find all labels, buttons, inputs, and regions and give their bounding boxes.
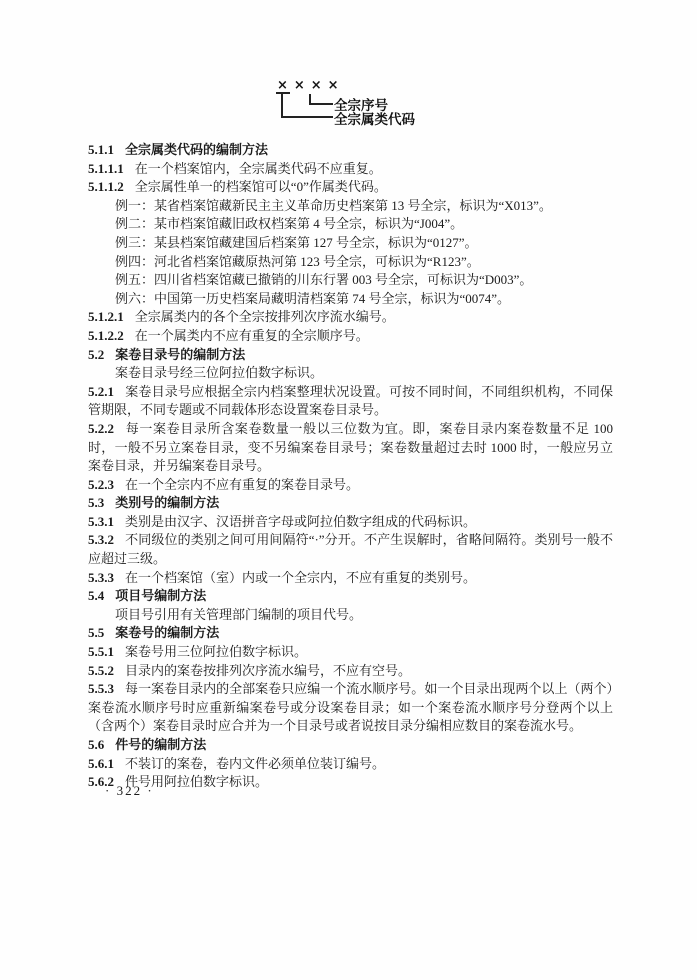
- clause-5.2.3: 5.2.3在一个全宗内不应有重复的案卷目录号。: [88, 476, 613, 495]
- clause-text: 每一案卷目录所含案卷数量一般以三位数为宜。即，案卷目录内案卷数量不足 100 时…: [88, 421, 613, 473]
- clause-text: 案卷号用三位阿拉伯数字标识。: [125, 644, 307, 659]
- clause-text: 不同级位的类别之间可用间隔符“·”分开。不产生误解时，省略间隔符。类别号一般不应…: [88, 532, 613, 566]
- clause-5.5.1: 5.5.1案卷号用三位阿拉伯数字标识。: [88, 643, 613, 662]
- clause-number: 5.6.1: [88, 756, 114, 771]
- clause-number: 5.5.2: [88, 663, 114, 678]
- clause-5.5.2: 5.5.2目录内的案卷按排列次序流水编号，不应有空号。: [88, 662, 613, 681]
- clause-5.1.1.2: 5.1.1.2全宗属性单一的档案馆可以“0”作属类代码。: [88, 178, 613, 197]
- clause-number: 5.2.1: [88, 384, 114, 399]
- clause-5.1.2.2: 5.1.2.2在一个属类内不应有重复的全宗顺序号。: [88, 327, 613, 346]
- clause-text: 全宗属类代码的编制方法: [125, 142, 268, 157]
- clause-text: 例四：河北省档案馆藏原热河第 123 号全宗，可标识为“R123”。: [115, 254, 480, 269]
- clause-5.1.2.1: 5.1.2.1全宗属类内的各个全宗按排列次序流水编号。: [88, 308, 613, 327]
- clause-text: 项目号引用有关管理部门编制的项目代号。: [115, 607, 362, 622]
- code-placeholder-symbols: ××××: [277, 78, 345, 93]
- clause-number: 5.2.3: [88, 477, 114, 492]
- paragraph: 例五：四川省档案馆藏已撤销的川东行署 003 号全宗，可标识为“D003”。: [88, 271, 613, 290]
- clause-text: 例三：某县档案馆藏建国后档案第 127 号全宗，标识为“0127”。: [115, 235, 478, 250]
- clause-number: 5.4: [88, 588, 104, 603]
- clause-5.6: 5.6件号的编制方法: [88, 736, 613, 755]
- clause-text: 在一个档案馆内，全宗属类代码不应重复。: [135, 161, 382, 176]
- clause-number: 5.5.3: [88, 681, 114, 696]
- clause-number: 5.5.1: [88, 644, 114, 659]
- clause-number: 5.3: [88, 495, 104, 510]
- paragraph: 例四：河北省档案馆藏原热河第 123 号全宗，可标识为“R123”。: [88, 253, 613, 272]
- paragraph: 项目号引用有关管理部门编制的项目代号。: [88, 606, 613, 625]
- clause-text: 全宗属类内的各个全宗按排列次序流水编号。: [135, 309, 395, 324]
- clause-text: 类别号的编制方法: [115, 495, 219, 510]
- clause-text: 案卷目录号的编制方法: [115, 347, 245, 362]
- paragraph: 案卷目录号经三位阿拉伯数字标识。: [88, 364, 613, 383]
- clause-5.6.1: 5.6.1不装订的案卷，卷内文件必须单位装订编号。: [88, 755, 613, 774]
- clause-text: 例五：四川省档案馆藏已撤销的川东行署 003 号全宗，可标识为“D003”。: [115, 272, 532, 287]
- clause-5.3.3: 5.3.3在一个档案馆（室）内或一个全宗内，不应有重复的类别号。: [88, 569, 613, 588]
- clause-number: 5.1.2.1: [88, 309, 124, 324]
- serial-connector-horizontal: [309, 103, 333, 105]
- clause-5.6.2: 5.6.2件号用阿拉伯数字标识。: [88, 773, 613, 792]
- clause-5.2.1: 5.2.1案卷目录号应根据全宗内档案整理状况设置。可按不同时间，不同组织机构，不…: [88, 383, 613, 420]
- fonds-code-diagram: ×××× 全宗序号 全宗属类代码: [0, 0, 697, 140]
- clause-text: 类别是由汉字、汉语拼音字母或阿拉伯数字组成的代码标识。: [125, 514, 476, 529]
- clause-text: 案卷目录号应根据全宗内档案整理状况设置。可按不同时间，不同组织机构，不同保管期限…: [88, 384, 613, 418]
- page-number: · 322 ·: [105, 783, 154, 799]
- clause-number: 5.2: [88, 347, 104, 362]
- clause-text: 全宗属性单一的档案馆可以“0”作属类代码。: [135, 179, 387, 194]
- clause-number: 5.1.1.1: [88, 161, 124, 176]
- document-page: ×××× 全宗序号 全宗属类代码 5.1.1全宗属类代码的编制方法5.1.1.1…: [0, 0, 697, 980]
- clause-text: 每一案卷目录内的全部案卷只应编一个流水顺序号。如一个目录出现两个以上（两个）案卷…: [88, 681, 613, 733]
- clause-text: 件号的编制方法: [115, 737, 206, 752]
- clause-5.3.1: 5.3.1类别是由汉字、汉语拼音字母或阿拉伯数字组成的代码标识。: [88, 513, 613, 532]
- clause-5.5: 5.5案卷号的编制方法: [88, 624, 613, 643]
- clause-number: 5.3.3: [88, 570, 114, 585]
- paragraph: 例六：中国第一历史档案局藏明清档案第 74 号全宗，标识为“0074”。: [88, 290, 613, 309]
- category-connector-vertical: [281, 93, 283, 117]
- clause-number: 5.3.2: [88, 532, 114, 547]
- clause-number: 5.3.1: [88, 514, 114, 529]
- clause-number: 5.1.1.2: [88, 179, 124, 194]
- clause-text: 在一个属类内不应有重复的全宗顺序号。: [135, 328, 369, 343]
- clause-text: 例六：中国第一历史档案局藏明清档案第 74 号全宗，标识为“0074”。: [115, 291, 510, 306]
- paragraph: 例二：某市档案馆藏旧政权档案第 4 号全宗，标识为“J004”。: [88, 215, 613, 234]
- clause-5.1.1.1: 5.1.1.1在一个档案馆内，全宗属类代码不应重复。: [88, 160, 613, 179]
- clause-text: 不装订的案卷，卷内文件必须单位装订编号。: [125, 756, 385, 771]
- clause-5.2: 5.2案卷目录号的编制方法: [88, 346, 613, 365]
- clause-5.3.2: 5.3.2不同级位的类别之间可用间隔符“·”分开。不产生误解时，省略间隔符。类别…: [88, 531, 613, 568]
- paragraph: 例三：某县档案馆藏建国后档案第 127 号全宗，标识为“0127”。: [88, 234, 613, 253]
- clause-text: 目录内的案卷按排列次序流水编号，不应有空号。: [125, 663, 411, 678]
- clause-5.2.2: 5.2.2每一案卷目录所含案卷数量一般以三位数为宜。即，案卷目录内案卷数量不足 …: [88, 420, 613, 476]
- document-body: 5.1.1全宗属类代码的编制方法5.1.1.1在一个档案馆内，全宗属类代码不应重…: [88, 141, 613, 792]
- clause-5.4: 5.4项目号编制方法: [88, 587, 613, 606]
- clause-number: 5.5: [88, 625, 104, 640]
- first-x-underline: [276, 92, 290, 94]
- clause-text: 案卷目录号经三位阿拉伯数字标识。: [115, 365, 323, 380]
- clause-number: 5.1.1: [88, 142, 114, 157]
- paragraph: 例一：某省档案馆藏新民主主义革命历史档案第 13 号全宗，标识为“X013”。: [88, 197, 613, 216]
- clause-5.3: 5.3类别号的编制方法: [88, 494, 613, 513]
- clause-text: 例二：某市档案馆藏旧政权档案第 4 号全宗，标识为“J004”。: [115, 216, 463, 231]
- clause-5.5.3: 5.5.3每一案卷目录内的全部案卷只应编一个流水顺序号。如一个目录出现两个以上（…: [88, 680, 613, 736]
- label-fonds-category-code: 全宗属类代码: [334, 108, 415, 128]
- clause-number: 5.6: [88, 737, 104, 752]
- clause-5.1.1: 5.1.1全宗属类代码的编制方法: [88, 141, 613, 160]
- category-connector-horizontal: [281, 116, 333, 118]
- clause-text: 案卷号的编制方法: [115, 625, 219, 640]
- clause-number: 5.1.2.2: [88, 328, 124, 343]
- clause-text: 在一个档案馆（室）内或一个全宗内，不应有重复的类别号。: [125, 570, 476, 585]
- clause-text: 例一：某省档案馆藏新民主主义革命历史档案第 13 号全宗，标识为“X013”。: [115, 198, 552, 213]
- clause-text: 在一个全宗内不应有重复的案卷目录号。: [125, 477, 359, 492]
- clause-text: 项目号编制方法: [115, 588, 206, 603]
- clause-number: 5.2.2: [88, 421, 114, 436]
